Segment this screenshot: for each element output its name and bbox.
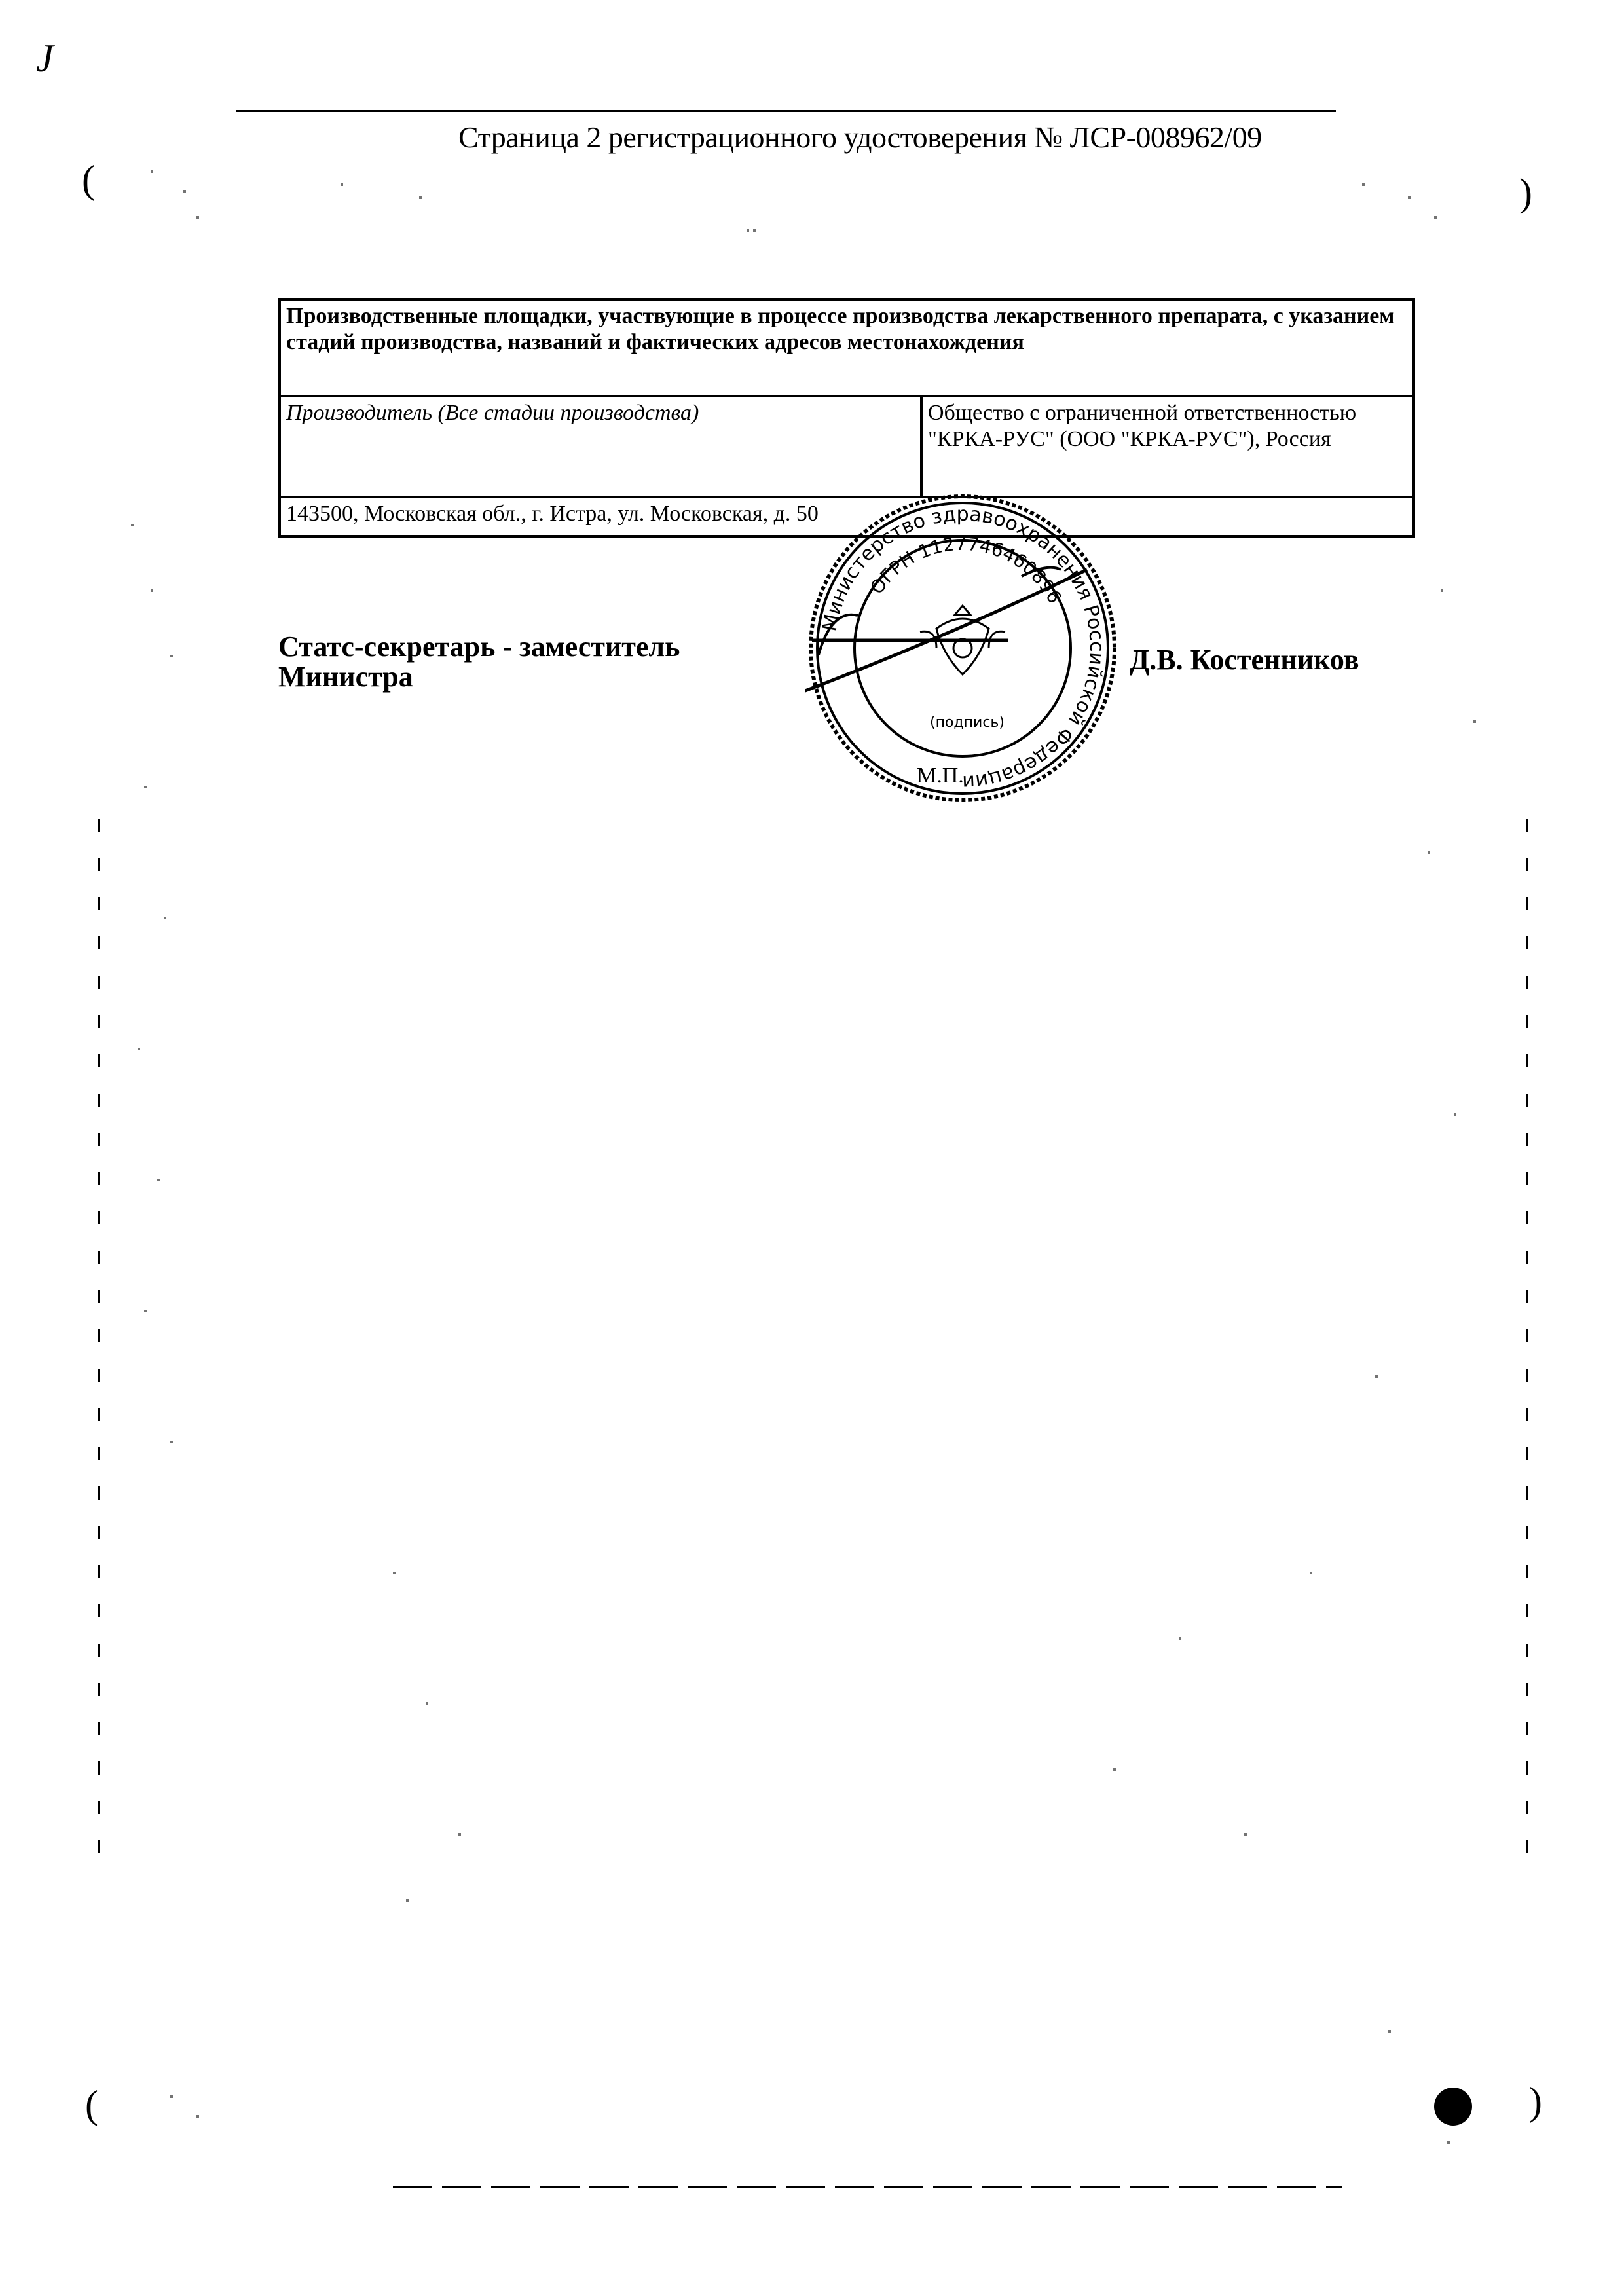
- signatory-position-line2: Министра: [278, 662, 680, 692]
- black-dot-mark: [1434, 2088, 1472, 2126]
- header-rule: [236, 110, 1336, 112]
- table-row: Производитель (Все стадии производства) …: [280, 396, 1414, 497]
- table-heading: Производственные площадки, участвующие в…: [280, 299, 1414, 396]
- right-dashed-border: [1526, 819, 1528, 1866]
- manufacturer-organization: Общество с ограниченной ответственностью…: [921, 396, 1414, 497]
- signatory-position: Статс-секретарь - заместитель Министра: [278, 632, 680, 692]
- official-stamp-icon: Министерство здравоохранения Российской …: [805, 491, 1120, 805]
- left-dashed-border: [98, 819, 100, 1866]
- bottom-dashed-rule: [393, 2186, 1342, 2188]
- left-bracket-bottom: (: [85, 2082, 98, 2127]
- manufacturer-role: Производитель (Все стадии производства): [280, 396, 921, 497]
- table-heading-row: Производственные площадки, участвующие в…: [280, 299, 1414, 396]
- handwritten-mark: J: [36, 36, 54, 81]
- left-bracket-top: (: [82, 157, 95, 202]
- signatory-position-line1: Статс-секретарь - заместитель: [278, 632, 680, 662]
- signatory-name: Д.В. Костенников: [1130, 643, 1359, 676]
- page-header: Страница 2 регистрационного удостоверени…: [458, 120, 1262, 155]
- stamp-signature-caption: (подпись): [930, 714, 1005, 731]
- right-bracket-bottom: ): [1529, 2079, 1542, 2124]
- right-bracket-top: ): [1519, 170, 1532, 215]
- stamp-mp-caption: М.П.: [917, 764, 964, 788]
